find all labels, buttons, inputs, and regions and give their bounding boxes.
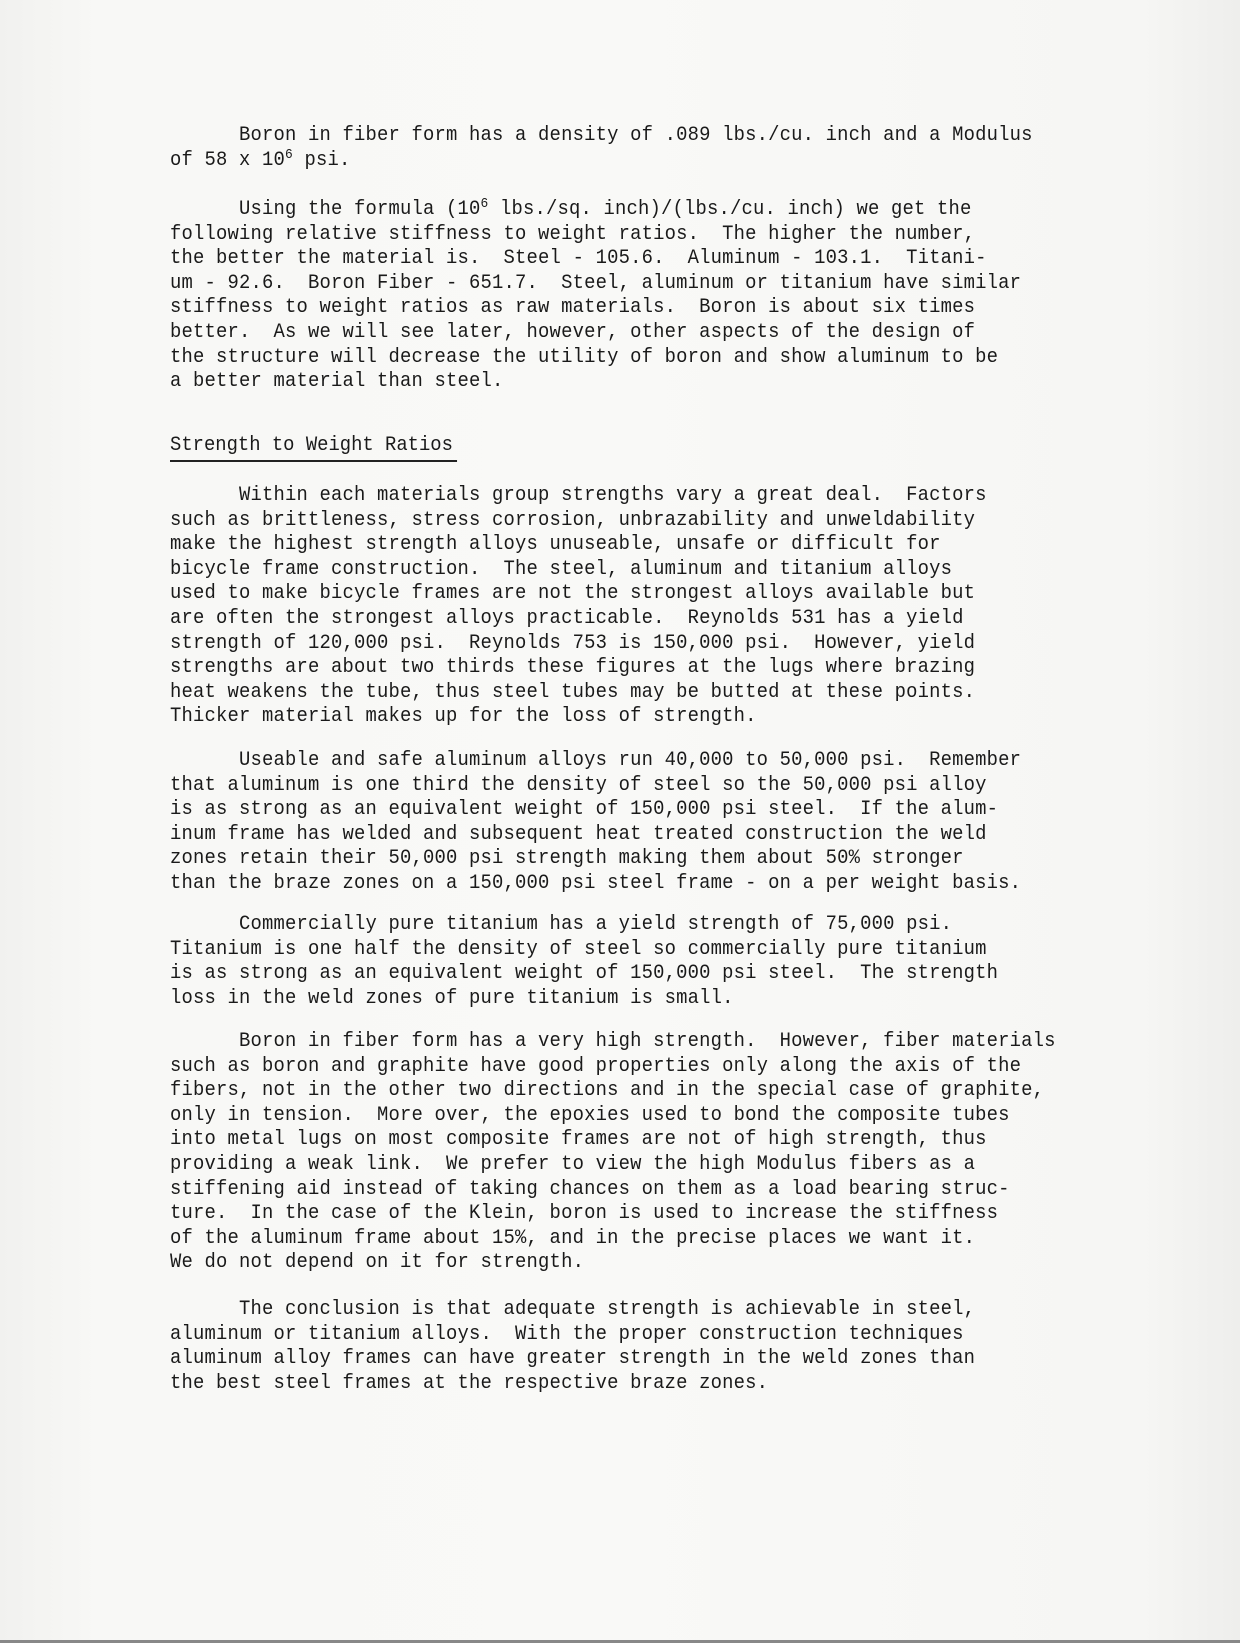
text-line: heat weakens the tube, thus steel tubes … bbox=[170, 681, 1026, 706]
text-line: following relative stiffness to weight r… bbox=[170, 223, 1026, 248]
scanned-page: Boron in fiber form has a density of .08… bbox=[0, 0, 1240, 1643]
text-line: the structure will decrease the utility … bbox=[170, 346, 1026, 371]
text-line: Within each materials group strengths va… bbox=[170, 484, 1026, 509]
text-line: Boron in fiber form has a density of .08… bbox=[170, 124, 1026, 149]
text-line: that aluminum is one third the density o… bbox=[170, 774, 1026, 799]
text-line: Using the formula (106 lbs./sq. inch)/(l… bbox=[170, 198, 1026, 223]
text-line: Useable and safe aluminum alloys run 40,… bbox=[170, 749, 1026, 774]
text-line: such as boron and graphite have good pro… bbox=[170, 1055, 1026, 1080]
text-line: is as strong as an equivalent weight of … bbox=[170, 798, 1026, 823]
text-line: loss in the weld zones of pure titanium … bbox=[170, 987, 1026, 1012]
paragraph-aluminum-alloys: Useable and safe aluminum alloys run 40,… bbox=[170, 749, 1026, 897]
text-line: inum frame has welded and subsequent hea… bbox=[170, 823, 1026, 848]
text-line: providing a weak link. We prefer to view… bbox=[170, 1153, 1026, 1178]
paragraph-titanium: Commercially pure titanium has a yield s… bbox=[170, 913, 1026, 1011]
text-line: a better material than steel. bbox=[170, 370, 1026, 395]
text-line: The conclusion is that adequate strength… bbox=[170, 1298, 1026, 1323]
text-line: Thicker material makes up for the loss o… bbox=[170, 705, 1026, 730]
paragraph-materials-group: Within each materials group strengths va… bbox=[170, 484, 1026, 730]
text-line: of the aluminum frame about 15%, and in … bbox=[170, 1227, 1026, 1252]
section-heading-strength-to-weight: Strength to Weight Ratios bbox=[170, 434, 457, 462]
text-line: fibers, not in the other two directions … bbox=[170, 1079, 1026, 1104]
text-line: ture. In the case of the Klein, boron is… bbox=[170, 1202, 1026, 1227]
text-line: um - 92.6. Boron Fiber - 651.7. Steel, a… bbox=[170, 272, 1026, 297]
text-line: make the highest strength alloys unuseab… bbox=[170, 533, 1026, 558]
text-line: aluminum or titanium alloys. With the pr… bbox=[170, 1323, 1026, 1348]
text-line: than the braze zones on a 150,000 psi st… bbox=[170, 872, 1026, 897]
paragraph-stiffness-ratios: Using the formula (106 lbs./sq. inch)/(l… bbox=[170, 198, 1026, 395]
text-line: are often the strongest alloys practicab… bbox=[170, 607, 1026, 632]
text-line: stiffening aid instead of taking chances… bbox=[170, 1178, 1026, 1203]
text-line: only in tension. More over, the epoxies … bbox=[170, 1104, 1026, 1129]
paragraph-boron-strength: Boron in fiber form has a very high stre… bbox=[170, 1030, 1026, 1276]
text-line: zones retain their 50,000 psi strength m… bbox=[170, 847, 1026, 872]
text-line: is as strong as an equivalent weight of … bbox=[170, 962, 1026, 987]
text-line: used to make bicycle frames are not the … bbox=[170, 582, 1026, 607]
text-line: aluminum alloy frames can have greater s… bbox=[170, 1347, 1026, 1372]
paragraph-conclusion: The conclusion is that adequate strength… bbox=[170, 1298, 1026, 1396]
paragraph-boron-density: Boron in fiber form has a density of .08… bbox=[170, 124, 1026, 173]
text-line: better. As we will see later, however, o… bbox=[170, 321, 1026, 346]
text-line: bicycle frame construction. The steel, a… bbox=[170, 558, 1026, 583]
text-line: Boron in fiber form has a very high stre… bbox=[170, 1030, 1026, 1055]
text-line: Titanium is one half the density of stee… bbox=[170, 938, 1026, 963]
text-line: the best steel frames at the respective … bbox=[170, 1372, 1026, 1397]
text-line: strengths are about two thirds these fig… bbox=[170, 656, 1026, 681]
text-line: the better the material is. Steel - 105.… bbox=[170, 247, 1026, 272]
text-line: such as brittleness, stress corrosion, u… bbox=[170, 509, 1026, 534]
text-line: strength of 120,000 psi. Reynolds 753 is… bbox=[170, 632, 1026, 657]
text-line: stiffness to weight ratios as raw materi… bbox=[170, 296, 1026, 321]
text-line: into metal lugs on most composite frames… bbox=[170, 1128, 1026, 1153]
text-line: Commercially pure titanium has a yield s… bbox=[170, 913, 1026, 938]
text-line: of 58 x 106 psi. bbox=[170, 149, 1026, 174]
text-line: We do not depend on it for strength. bbox=[170, 1251, 1026, 1276]
